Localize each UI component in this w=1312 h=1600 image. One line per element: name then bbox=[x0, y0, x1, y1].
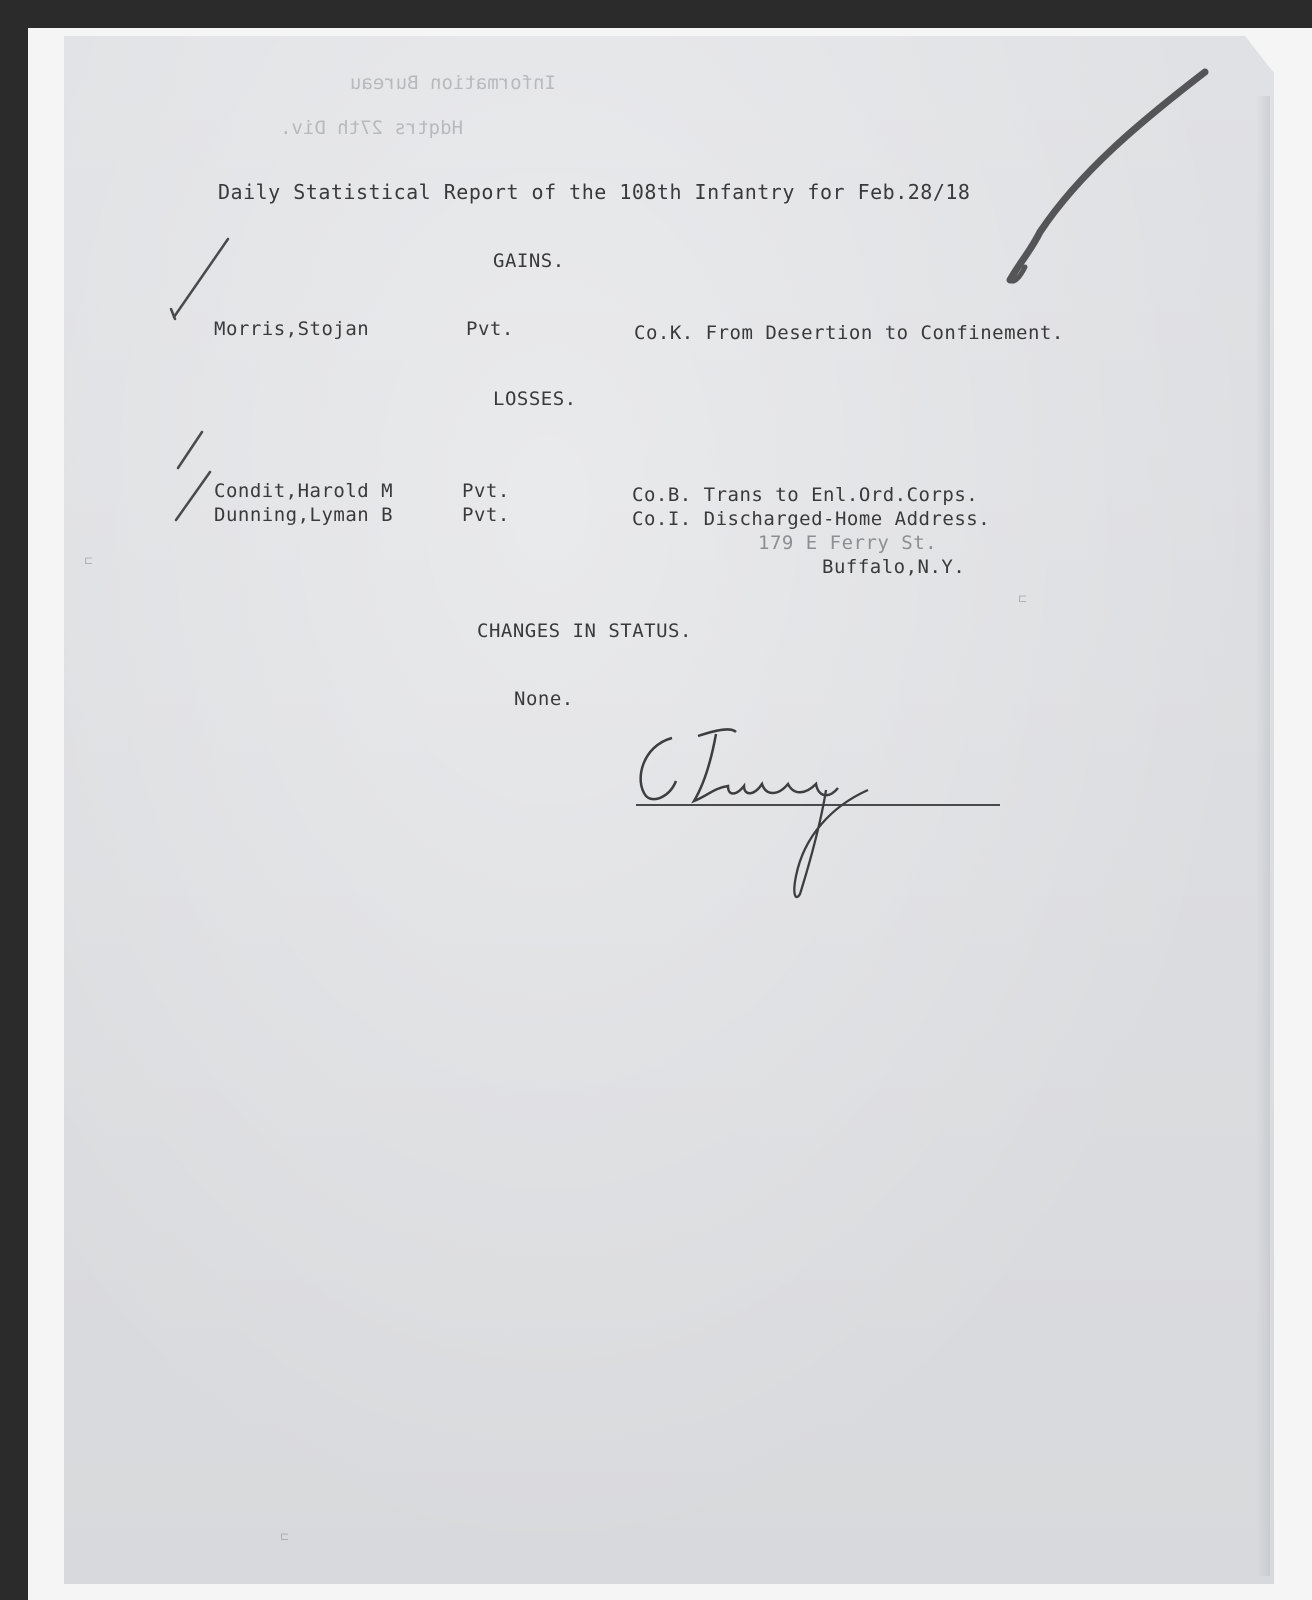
losses-heading: LOSSES. bbox=[493, 388, 577, 410]
losses-entry-2-address-line-2: Buffalo,N.Y. bbox=[822, 556, 965, 578]
losses-entry-2-address-line-1: 179 E Ferry St. bbox=[758, 532, 937, 554]
page-edge-shadow bbox=[1256, 96, 1270, 1576]
losses-entry-2-name: Dunning,Lyman B bbox=[214, 504, 393, 526]
losses-entry-2-remark: Co.I. Discharged-Home Address. bbox=[632, 508, 990, 530]
changes-in-status-heading: CHANGES IN STATUS. bbox=[477, 620, 692, 642]
stray-mark: ⊏ bbox=[280, 1530, 289, 1543]
stray-mark: ⊏ bbox=[1018, 592, 1027, 605]
scan-border-left bbox=[0, 0, 28, 1600]
bleed-through-line-1: Information Bureau bbox=[350, 72, 556, 94]
stray-mark: ⊏ bbox=[84, 554, 93, 567]
gains-entry-name: Morris,Stojan bbox=[214, 318, 369, 340]
losses-entry-1-rank: Pvt. bbox=[462, 480, 510, 502]
scan-border-top bbox=[0, 0, 1312, 28]
gains-heading: GAINS. bbox=[493, 250, 565, 272]
check-mark-gains-icon bbox=[168, 235, 238, 325]
losses-entry-1-remark: Co.B. Trans to Enl.Ord.Corps. bbox=[632, 484, 978, 506]
check-marks-losses-icon bbox=[170, 428, 220, 528]
gains-entry-remark: Co.K. From Desertion to Confinement. bbox=[634, 322, 1064, 344]
losses-entry-2-rank: Pvt. bbox=[462, 504, 510, 526]
gains-entry-rank: Pvt. bbox=[466, 318, 514, 340]
handwritten-signature-icon bbox=[632, 726, 882, 901]
changes-in-status-value: None. bbox=[514, 688, 574, 710]
losses-entry-1-name: Condit,Harold M bbox=[214, 480, 393, 502]
scanned-document: Information Bureau Hdqtrs 27th Div. Dail… bbox=[0, 0, 1312, 1600]
report-title: Daily Statistical Report of the 108th In… bbox=[218, 180, 970, 204]
bleed-through-line-2: Hdqtrs 27th Div. bbox=[280, 117, 463, 139]
large-check-mark-icon bbox=[1000, 62, 1220, 292]
